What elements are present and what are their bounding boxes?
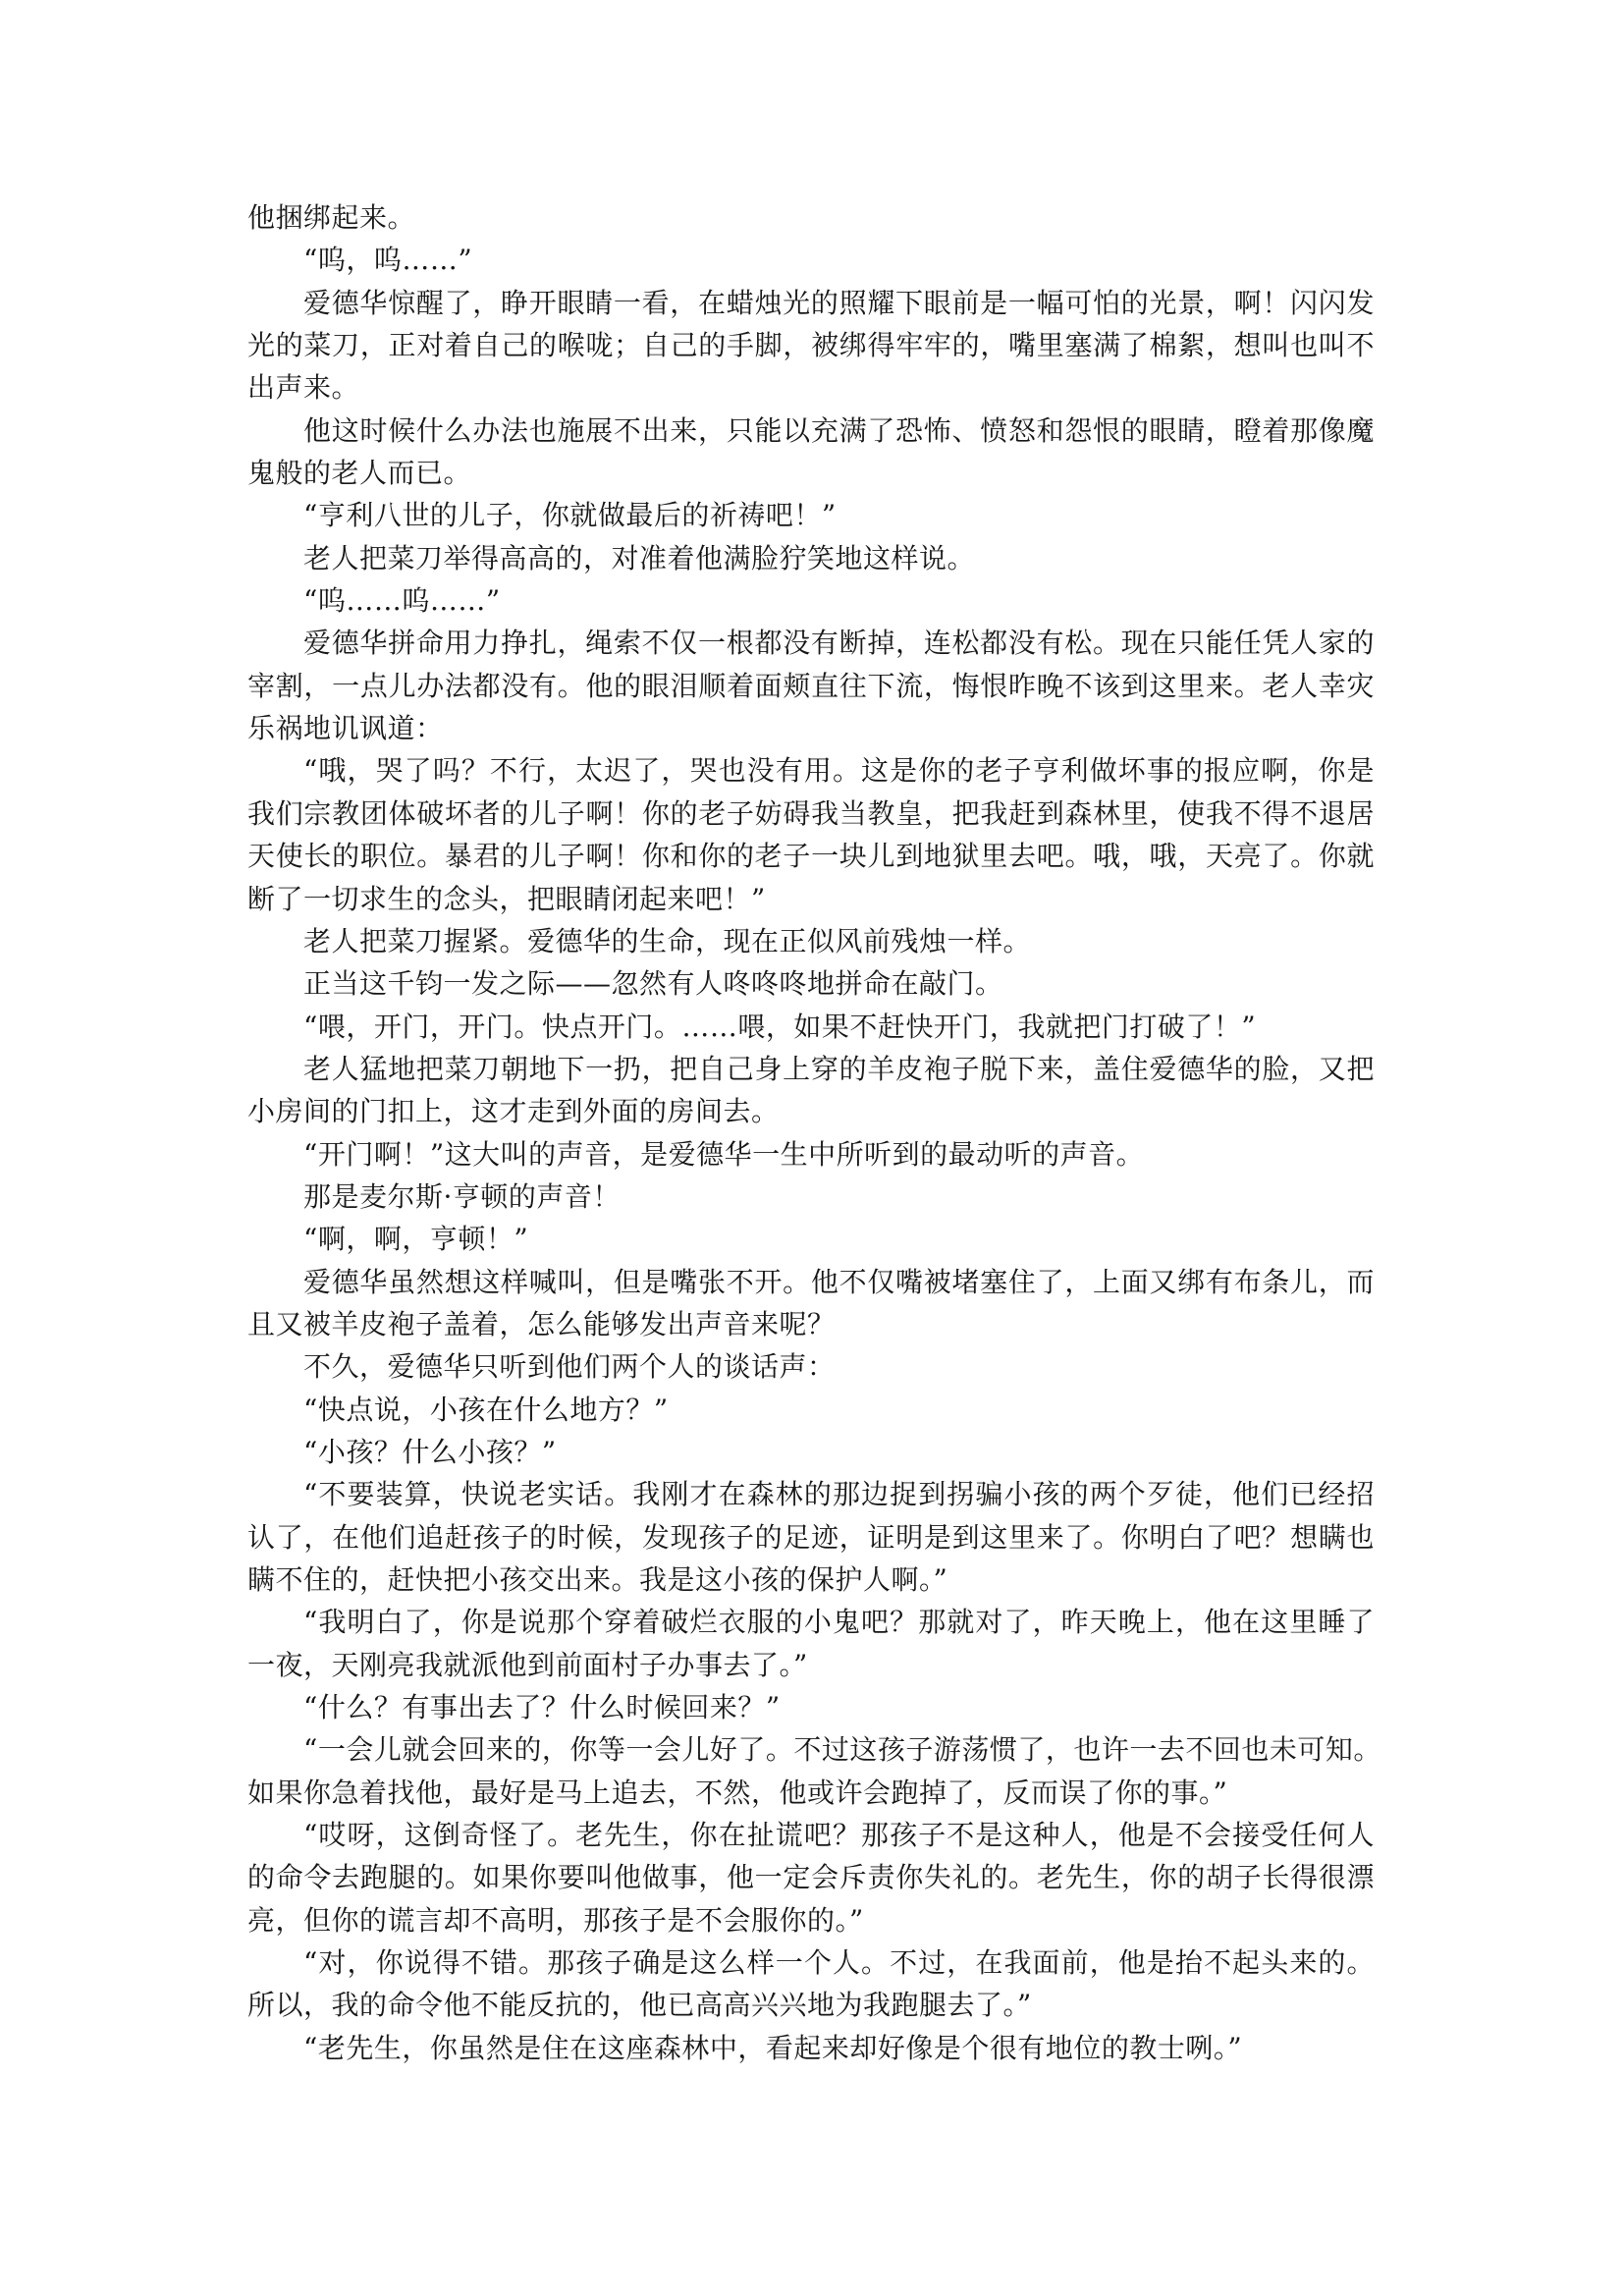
text-line: 断了一切求生的念头，把眼睛闭起来吧！”: [247, 878, 1377, 920]
text-line: 亮，但你的谎言却不高明，那孩子是不会服你的。”: [247, 1899, 1377, 1941]
text-line: 一夜，天刚亮我就派他到前面村子办事去了。”: [247, 1644, 1377, 1686]
text-line: “老先生，你虽然是住在这座森林中，看起来却好像是个很有地位的教士咧。”: [247, 2027, 1377, 2069]
text-line: “啊，啊，亨顿！”: [247, 1218, 1377, 1260]
document-page: 他捆绑起来。“呜，呜……”爱德华惊醒了，睁开眼睛一看，在蜡烛光的照耀下眼前是一幅…: [0, 0, 1623, 2296]
text-line: 小房间的门扣上，这才走到外面的房间去。: [247, 1090, 1377, 1132]
text-line: “快点说，小孩在什么地方？”: [247, 1389, 1377, 1431]
text-line: “亨利八世的儿子，你就做最后的祈祷吧！”: [247, 494, 1377, 536]
text-line: 爱德华虽然想这样喊叫，但是嘴张不开。他不仅嘴被堵塞住了，上面又绑有布条儿，而: [247, 1261, 1375, 1303]
text-line: 正当这千钧一发之际——忽然有人咚咚咚地拼命在敲门。: [247, 962, 1377, 1005]
text-line: 老人把菜刀握紧。爱德华的生命，现在正似风前残烛一样。: [247, 920, 1377, 962]
text-line: “哦，哭了吗？不行，太迟了，哭也没有用。这是你的老子亨利做坏事的报应啊，你是: [247, 749, 1375, 792]
text-line: 光的菜刀，正对着自己的喉咙；自己的手脚，被绑得牢牢的，嘴里塞满了棉絮，想叫也叫不: [247, 324, 1375, 366]
text-line: 认了，在他们追赶孩子的时候，发现孩子的足迹，证明是到这里来了。你明白了吧？想瞒也: [247, 1516, 1375, 1558]
text-line: “呜……呜……”: [247, 579, 1377, 622]
text-line: 出声来。: [247, 366, 1377, 409]
text-line: 瞒不住的，赶快把小孩交出来。我是这小孩的保护人啊。”: [247, 1558, 1377, 1601]
text-line: “不要装算，快说老实话。我刚才在森林的那边捉到拐骗小孩的两个歹徒，他们已经招: [247, 1473, 1375, 1515]
text-line: 宰割，一点儿办法都没有。他的眼泪顺着面颊直往下流，悔恨昨晚不该到这里来。老人幸灾: [247, 665, 1375, 707]
text-line: “小孩？什么小孩？”: [247, 1431, 1377, 1473]
text-line: “对，你说得不错。那孩子确是这么样一个人。不过，在我面前，他是抬不起头来的。: [247, 1941, 1375, 1984]
text-line: 天使长的职位。暴君的儿子啊！你和你的老子一块儿到地狱里去吧。哦，哦，天亮了。你就: [247, 835, 1375, 877]
text-line: “呜，呜……”: [247, 239, 1377, 281]
body-text: 他捆绑起来。“呜，呜……”爱德华惊醒了，睁开眼睛一看，在蜡烛光的照耀下眼前是一幅…: [247, 196, 1377, 2069]
text-line: “一会儿就会回来的，你等一会儿好了。不过这孩子游荡惯了，也许一去不回也未可知。: [247, 1728, 1375, 1771]
text-line: 鬼般的老人而已。: [247, 452, 1377, 494]
text-line: 的命令去跑腿的。如果你要叫他做事，他一定会斥责你失礼的。老先生，你的胡子长得很漂: [247, 1856, 1375, 1898]
text-line: 老人把菜刀举得高高的，对准着他满脸狞笑地这样说。: [247, 537, 1377, 579]
text-line: 如果你急着找他，最好是马上追去，不然，他或许会跑掉了，反而误了你的事。”: [247, 1772, 1377, 1814]
text-line: 乐祸地讥讽道：: [247, 707, 1377, 749]
text-line: 且又被羊皮袍子盖着，怎么能够发出声音来呢？: [247, 1303, 1377, 1345]
text-line: 爱德华惊醒了，睁开眼睛一看，在蜡烛光的照耀下眼前是一幅可怕的光景，啊！闪闪发: [247, 282, 1375, 324]
text-line: “我明白了，你是说那个穿着破烂衣服的小鬼吧？那就对了，昨天晚上，他在这里睡了: [247, 1601, 1375, 1643]
text-line: 他捆绑起来。: [247, 196, 1377, 239]
text-line: 他这时候什么办法也施展不出来，只能以充满了恐怖、愤怒和怨恨的眼睛，瞪着那像魔: [247, 410, 1375, 452]
text-line: 不久，爱德华只听到他们两个人的谈话声：: [247, 1345, 1377, 1388]
text-line: “什么？有事出去了？什么时候回来？”: [247, 1686, 1377, 1728]
text-line: 所以，我的命令他不能反抗的，他已高高兴兴地为我跑腿去了。”: [247, 1984, 1377, 2026]
text-line: 老人猛地把菜刀朝地下一扔，把自己身上穿的羊皮袍子脱下来，盖住爱德华的脸，又把: [247, 1048, 1375, 1090]
text-line: “喂，开门，开门。快点开门。……喂，如果不赶快开门，我就把门打破了！”: [247, 1006, 1377, 1048]
text-line: 爱德华拼命用力挣扎，绳索不仅一根都没有断掉，连松都没有松。现在只能任凭人家的: [247, 622, 1375, 664]
text-line: 那是麦尔斯·亨顿的声音！: [247, 1175, 1377, 1218]
text-line: “哎呀，这倒奇怪了。老先生，你在扯谎吧？那孩子不是这种人，他是不会接受任何人: [247, 1814, 1375, 1856]
text-line: 我们宗教团体破坏者的儿子啊！你的老子妨碍我当教皇，把我赶到森林里，使我不得不退居: [247, 793, 1375, 835]
text-line: “开门啊！”这大叫的声音，是爱德华一生中所听到的最动听的声音。: [247, 1133, 1377, 1175]
